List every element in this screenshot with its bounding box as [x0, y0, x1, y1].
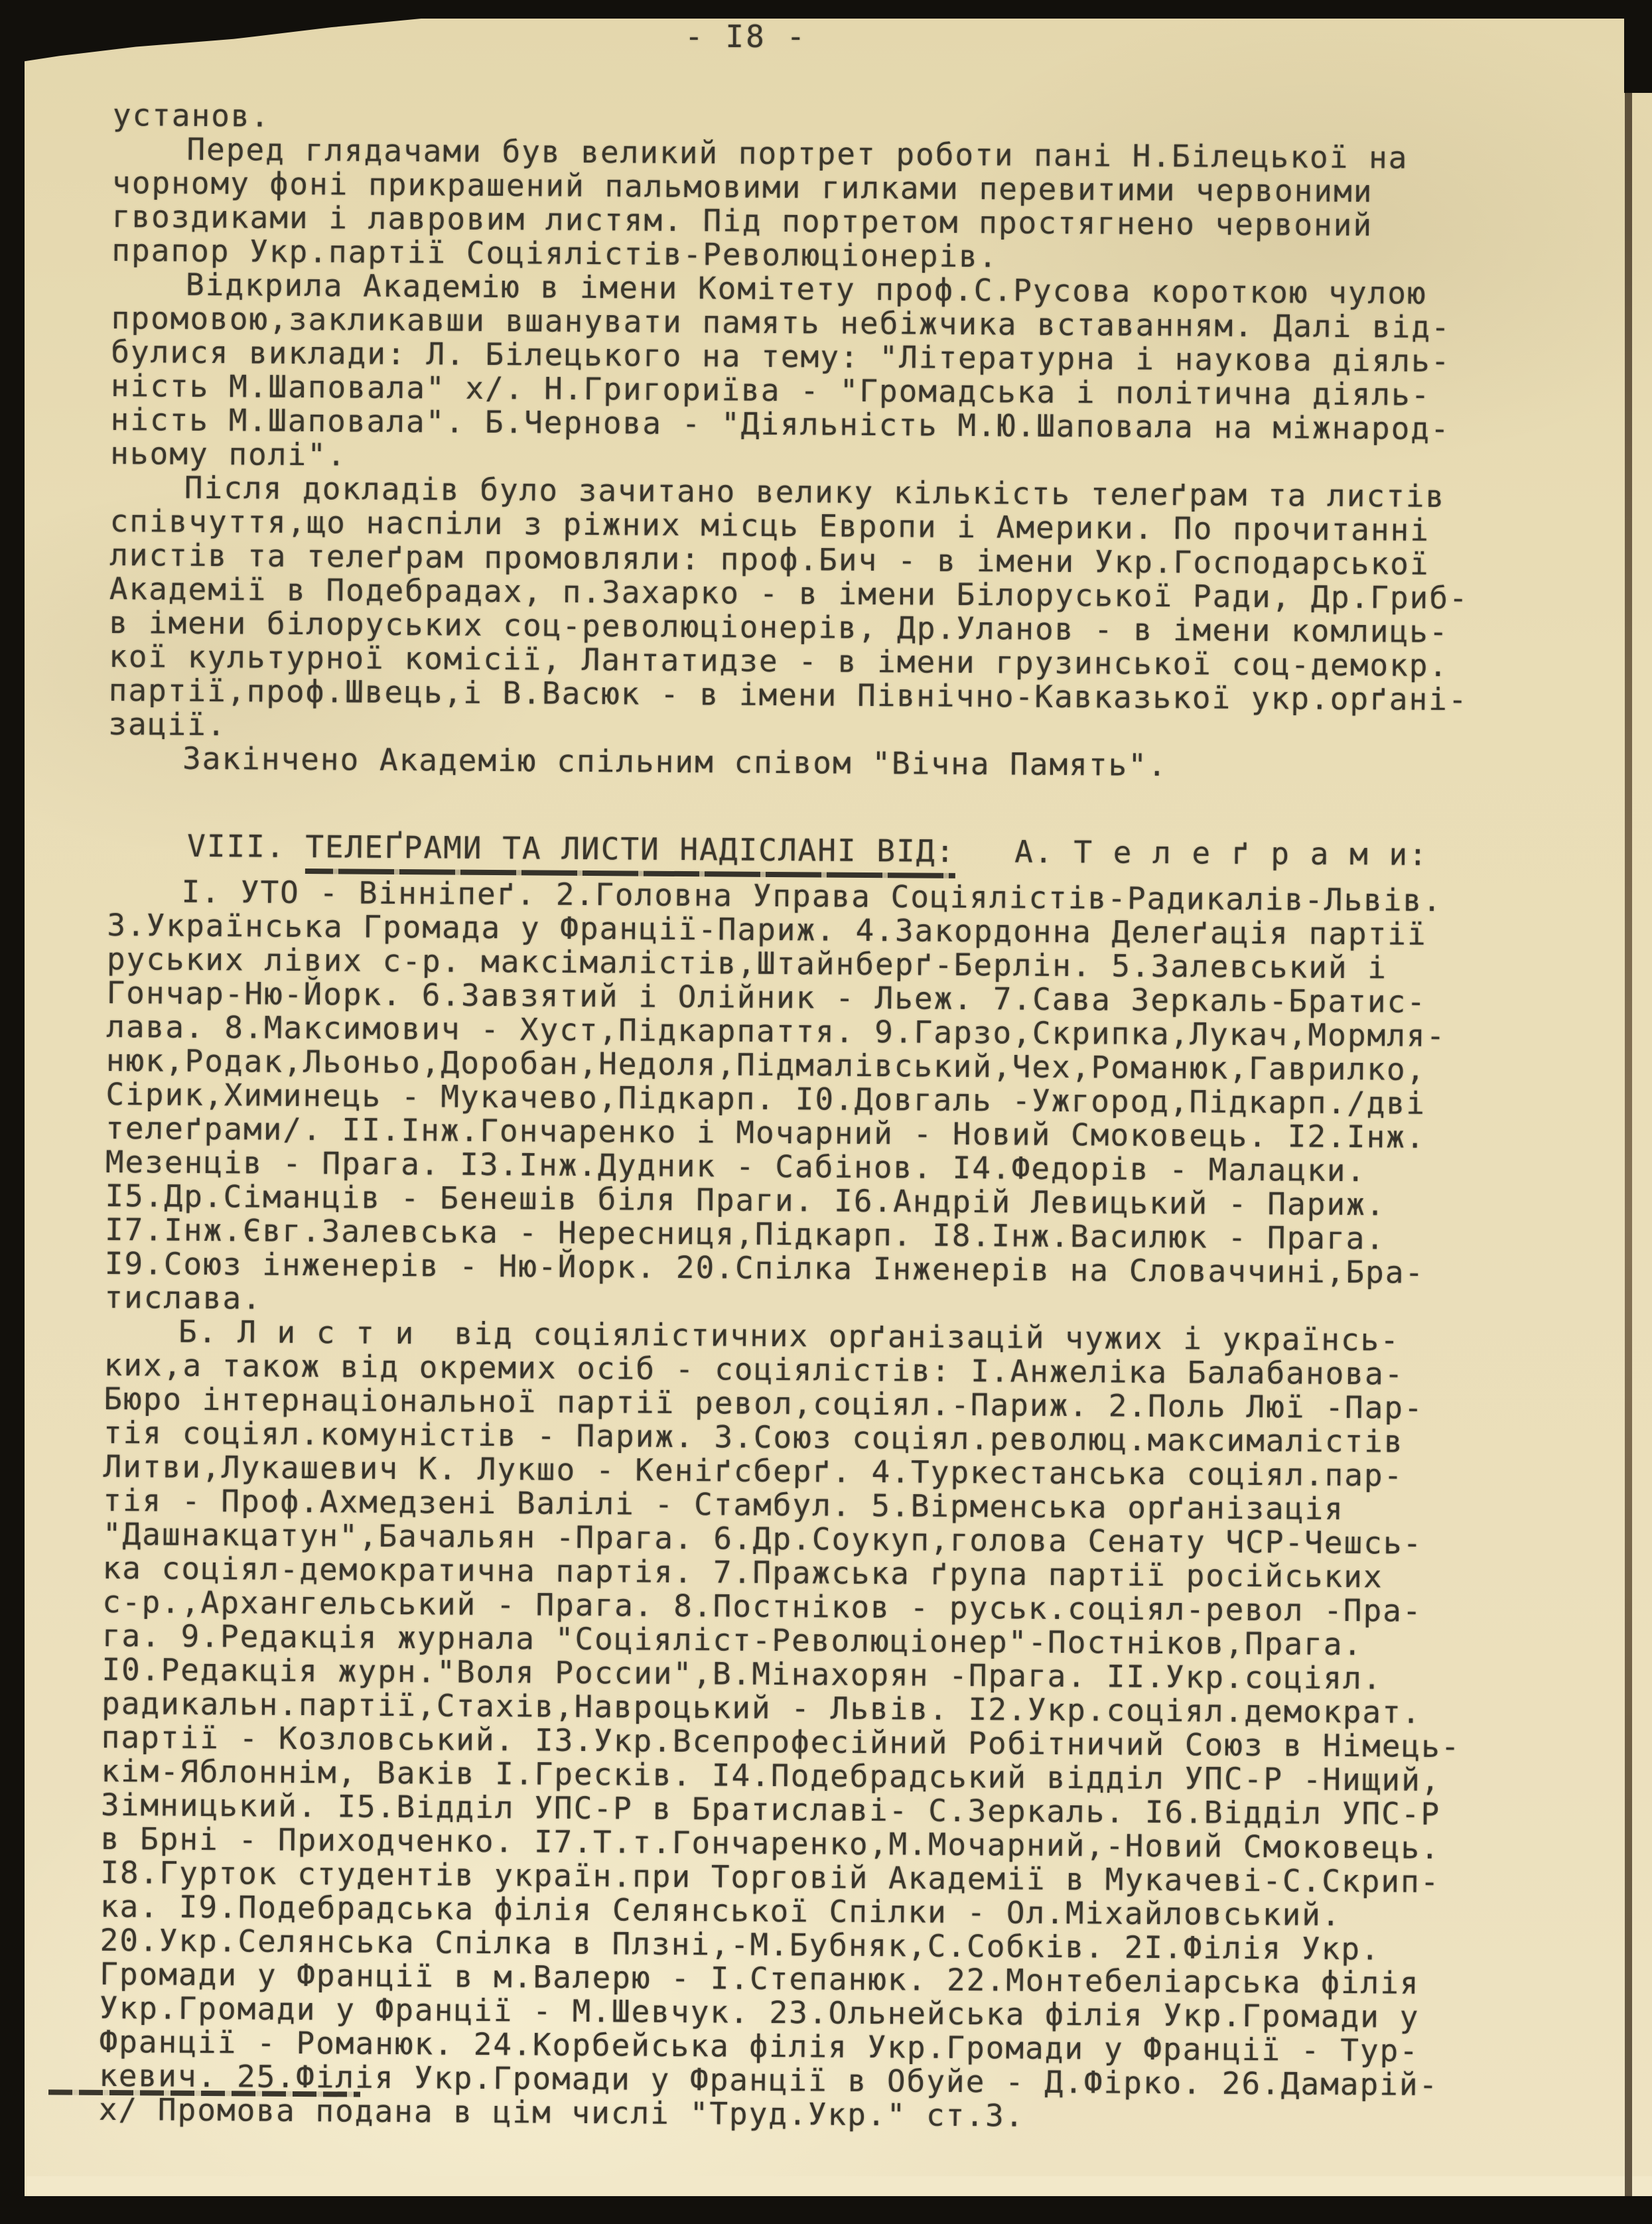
scan-edge-bottom: [0, 2196, 1652, 2224]
section-heading-text: А. Т е л е ґ р а м и:: [955, 833, 1428, 872]
underlying-page-edge: [27, 2176, 1652, 2196]
scan-corner-top-right: [1624, 0, 1652, 93]
section-heading: VIII. ТЕЛЕҐРАМИ ТА ЛИСТИ НАДІСЛАНІ ВІД: …: [107, 829, 1554, 872]
scanned-document-page: - I8 - установ.Перед глядачами був велик…: [0, 0, 1652, 2224]
section-heading-underlined: ТЕЛЕҐРАМИ ТА ЛИСТИ НАДІСЛАНІ ВІД:: [305, 829, 955, 878]
page-number: - I8 -: [685, 19, 807, 54]
page-fold-line: [1625, 0, 1632, 2224]
text-body: установ.Перед глядачами був великий порт…: [99, 98, 1559, 2136]
section-heading-text: VIII.: [187, 828, 306, 865]
scan-edge-left: [0, 0, 25, 2224]
